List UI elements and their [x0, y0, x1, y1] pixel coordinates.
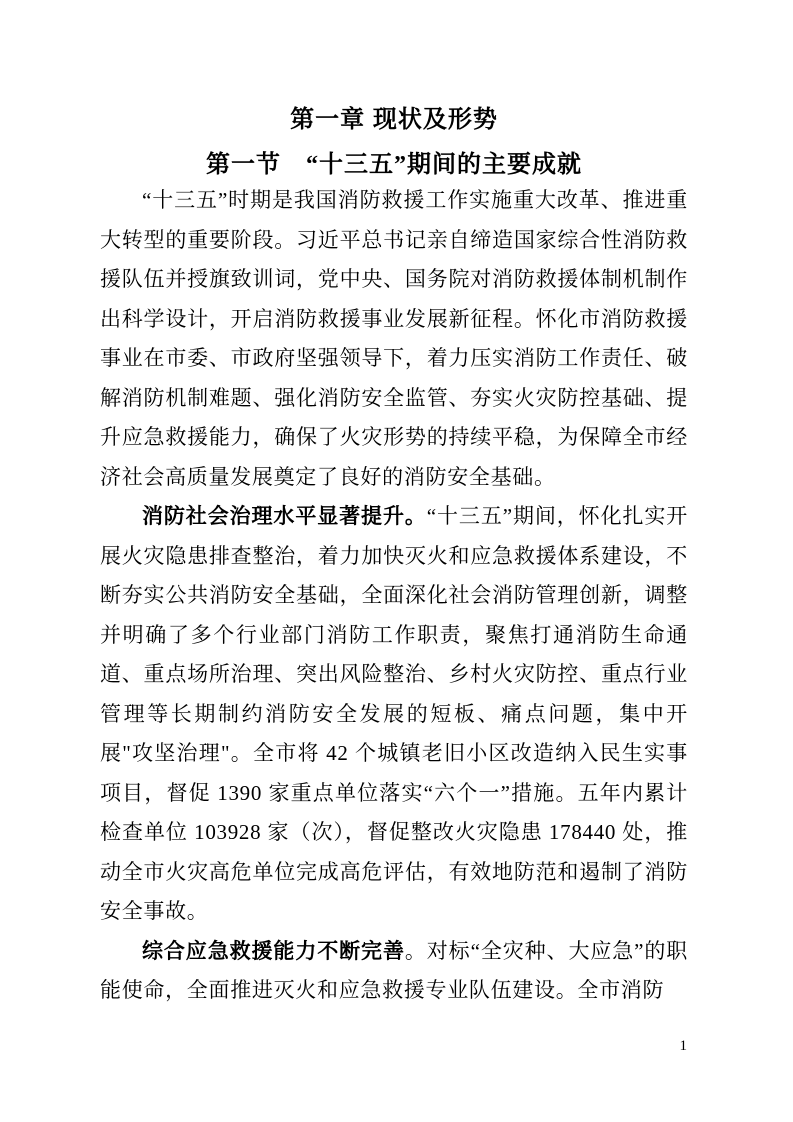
paragraph-lead: 综合应急救援能力不断完善 [142, 940, 405, 963]
paragraph-lead: 消防社会治理水平显著提升。 [142, 505, 427, 528]
section-title: 第一节 “十三五”期间的主要成就 [100, 149, 688, 181]
paragraph: 消防社会治理水平显著提升。“十三五”期间，怀化扎实开展火灾隐患排查整治，着力加快… [100, 497, 688, 932]
paragraph: “十三五”时期是我国消防救援工作实施重大改革、推进重大转型的重要阶段。习近平总书… [100, 181, 688, 497]
document-content: 第一章 现状及形势 第一节 “十三五”期间的主要成就 “十三五”时期是我国消防救… [100, 104, 688, 1011]
page-number: 1 [680, 1037, 688, 1055]
paragraph-text: “十三五”期间，怀化扎实开展火灾隐患排查整治，着力加快灭火和应急救援体系建设，不… [100, 504, 688, 923]
paragraph-text: “十三五”时期是我国消防救援工作实施重大改革、推进重大转型的重要阶段。习近平总书… [100, 188, 688, 489]
paragraph: 综合应急救援能力不断完善。对标“全灾种、大应急”的职能使命，全面推进灭火和应急救… [100, 932, 688, 1011]
document-page: 第一章 现状及形势 第一节 “十三五”期间的主要成就 “十三五”时期是我国消防救… [0, 0, 793, 1122]
chapter-title: 第一章 现状及形势 [100, 104, 688, 136]
